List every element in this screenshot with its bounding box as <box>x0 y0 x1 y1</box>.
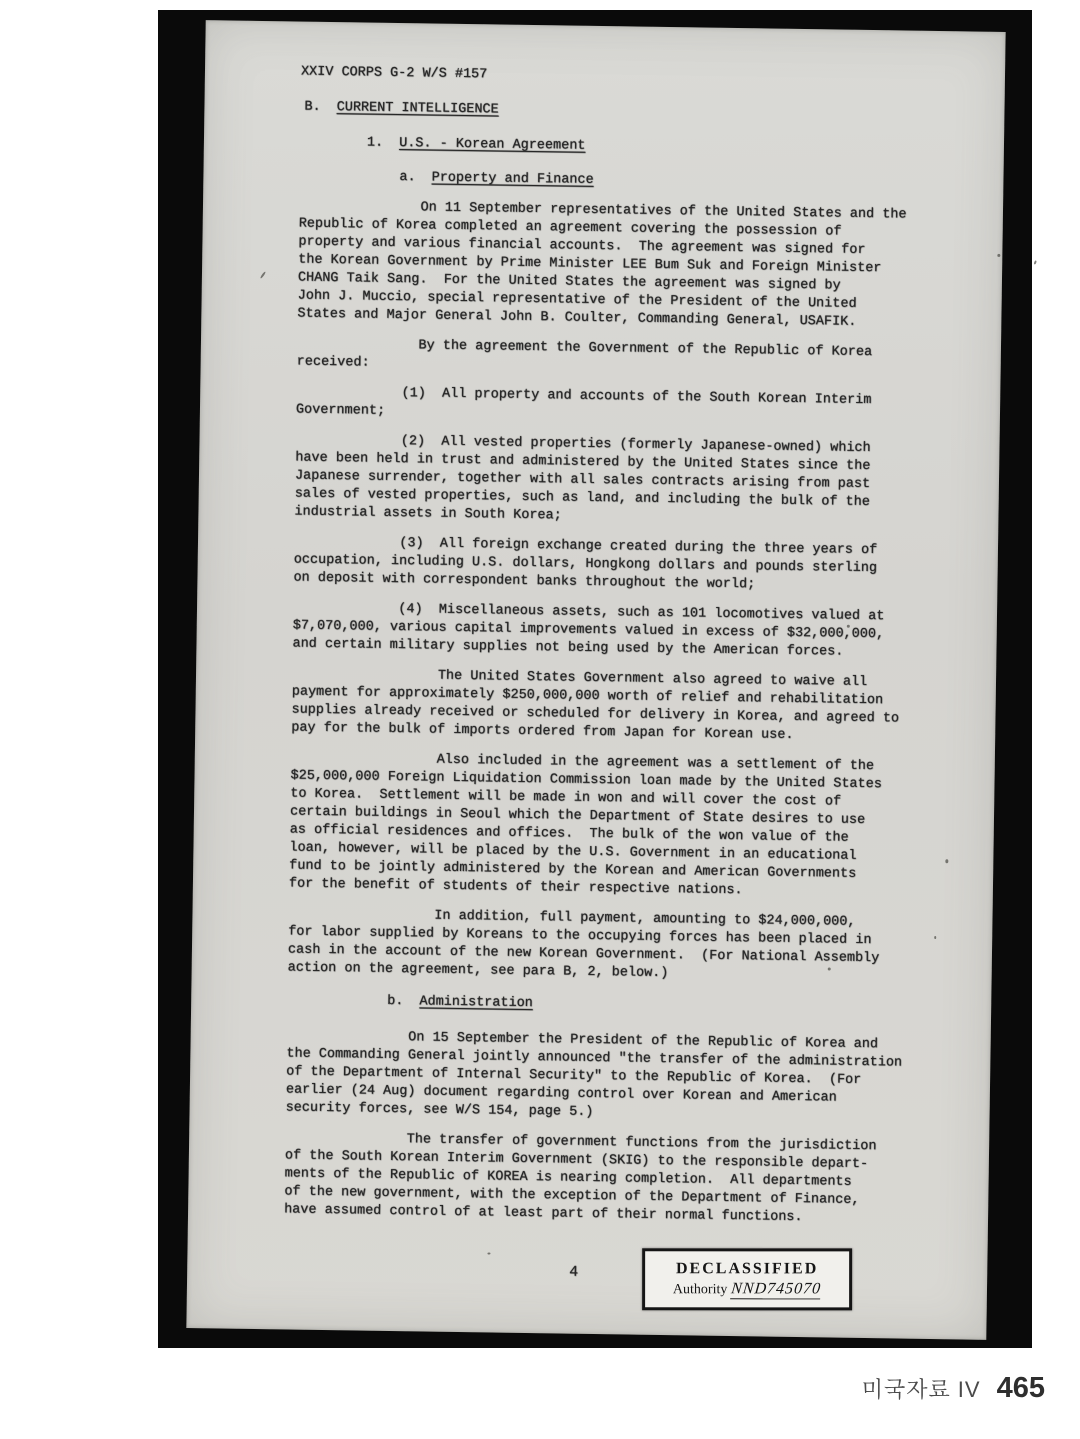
item-a-heading: a.Property and Finance <box>399 169 979 196</box>
section-b-label: B. <box>304 100 320 115</box>
document-header: XXIV CORPS G-2 W/S #157 <box>301 64 981 92</box>
footer-series-caption: 미국자료 IV <box>862 1373 981 1404</box>
scan-speck <box>997 254 1000 257</box>
item-b-label: b. <box>387 994 403 1009</box>
footer-page-number: 465 <box>997 1372 1045 1405</box>
paragraph-waive-payment: The United States Government also agreed… <box>291 665 972 747</box>
scan-background-frame: XXIV CORPS G-2 W/S #157 B.CURRENT INTELL… <box>158 10 1032 1348</box>
stamp-authority-label: Authority <box>673 1282 727 1298</box>
item-a-label: a. <box>399 170 415 185</box>
section-b-heading: B.CURRENT INTELLIGENCE <box>304 99 980 127</box>
list-item-2-vested-properties: (2) All vested properties (formerly Japa… <box>294 432 975 532</box>
declassified-stamp-title: DECLASSIFIED <box>676 1260 818 1278</box>
item-b-title: Administration <box>419 994 533 1011</box>
section-b-title: CURRENT INTELLIGENCE <box>337 100 499 117</box>
scan-speck <box>1034 260 1037 264</box>
scan-speck <box>828 967 831 970</box>
item-b-heading: b.Administration <box>387 993 967 1020</box>
scan-speck <box>934 936 936 939</box>
scan-speck <box>945 859 948 863</box>
paragraph-liquidation-loan: Also included in the agreement was a set… <box>289 749 971 903</box>
scan-speck <box>487 1252 490 1254</box>
item-1-title: U.S. - Korean Agreement <box>399 136 586 154</box>
list-item-4-miscellaneous-assets: (4) Miscellaneous assets, such as 101 lo… <box>292 599 973 663</box>
scanned-document-page: XXIV CORPS G-2 W/S #157 B.CURRENT INTELL… <box>0 0 1080 1439</box>
declassified-stamp-authority-row: Authority NND745070 <box>673 1280 821 1299</box>
document-content: XXIV CORPS G-2 W/S #157 B.CURRENT INTELL… <box>284 64 981 1230</box>
item-a-title: Property and Finance <box>432 171 594 188</box>
document-paper: XXIV CORPS G-2 W/S #157 B.CURRENT INTELL… <box>186 20 1005 1340</box>
item-1-label: 1. <box>367 136 383 151</box>
paragraph-labor-payment: In addition, full payment, amounting to … <box>288 905 969 987</box>
footer-caption-row: 미국자료 IV 465 <box>0 1372 1045 1405</box>
paragraph-agreement-received: By the agreement the Government of the R… <box>297 336 977 382</box>
paragraph-internal-security-transfer: On 15 September the President of the Rep… <box>285 1027 966 1127</box>
item-1-heading: 1.U.S. - Korean Agreement <box>367 135 980 162</box>
page-number: 4 <box>569 1264 578 1282</box>
paragraph-agreement-signing: On 11 September representatives of the U… <box>297 198 979 334</box>
list-item-3-foreign-exchange: (3) All foreign exchange created during … <box>293 534 974 598</box>
declassified-stamp: DECLASSIFIED Authority NND745070 <box>642 1248 852 1310</box>
paragraph-skig-transfer: The transfer of government functions fro… <box>284 1129 965 1229</box>
scan-speck <box>847 625 850 628</box>
stamp-authority-number: NND745070 <box>730 1280 822 1299</box>
scan-speck <box>260 271 266 279</box>
list-item-1-property-accounts: (1) All property and accounts of the Sou… <box>296 384 976 430</box>
